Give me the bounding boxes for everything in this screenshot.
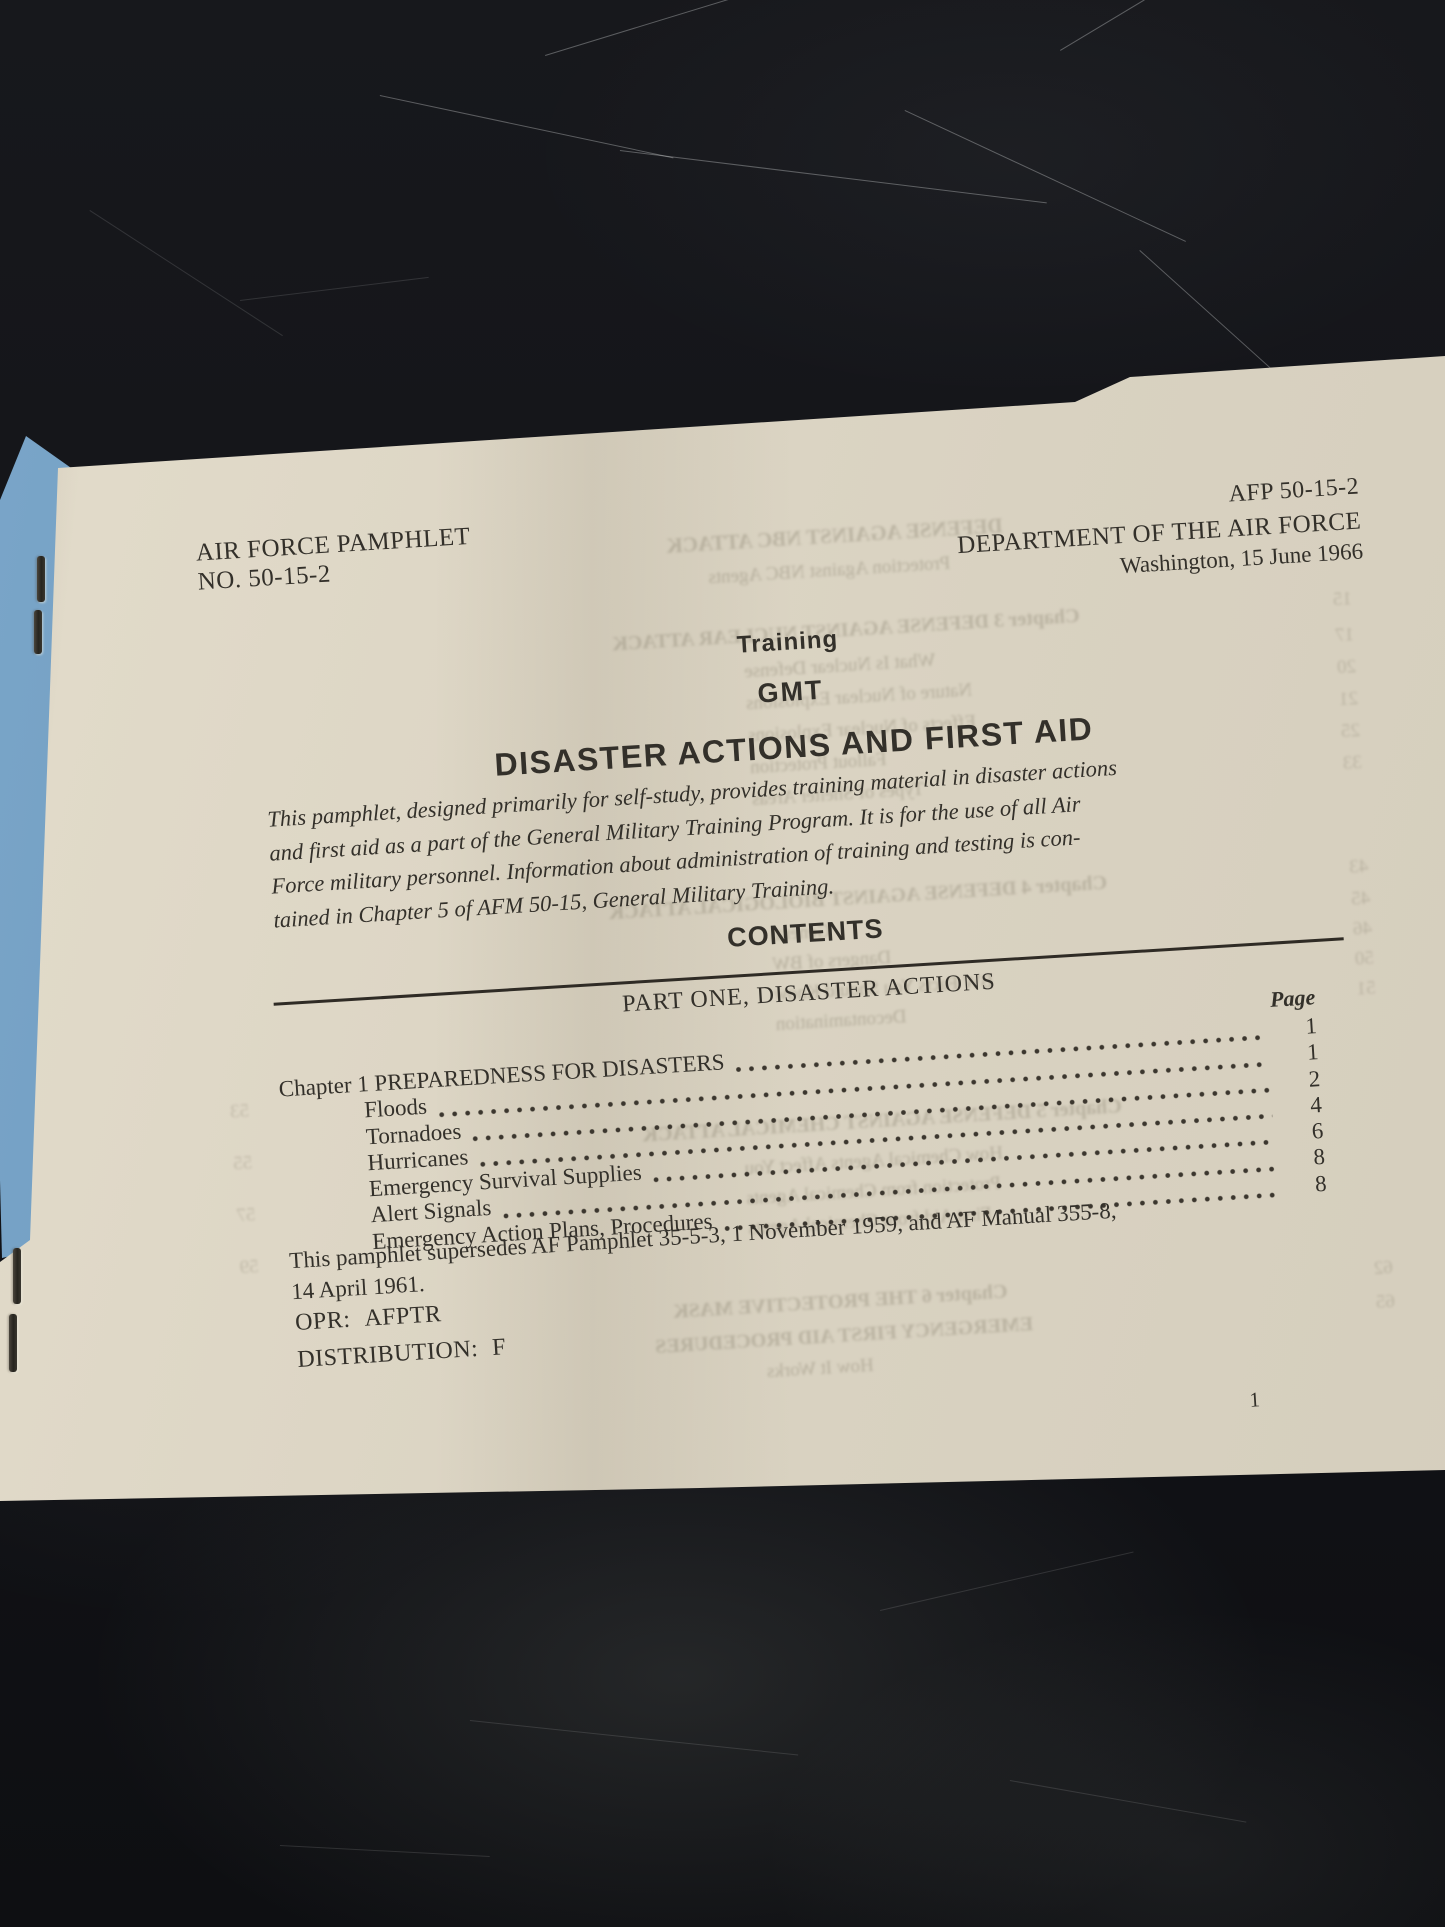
pamphlet-page: DEFENSE AGAINST NBC ATTACKProtection Aga… (0, 0, 1445, 1927)
toc-row-page: 4 (1279, 1092, 1323, 1121)
toc-row-page: 6 (1281, 1118, 1325, 1147)
scratch-mark (240, 277, 429, 301)
toc-row-page: 8 (1284, 1171, 1328, 1200)
bleed-through-page-number: 65 (1375, 1291, 1395, 1314)
bleed-through-page-number: 59 (239, 1256, 259, 1279)
opr-label: OPR: (294, 1307, 351, 1336)
bleed-through-page-number: 62 (1373, 1257, 1393, 1280)
opr-value: AFPTR (364, 1301, 443, 1332)
bleed-through-layer: DEFENSE AGAINST NBC ATTACKProtection Aga… (40, 375, 1437, 460)
distribution-line: DISTRIBUTION:F (297, 1334, 507, 1374)
bleed-through-page-number: 57 (236, 1204, 256, 1227)
bleed-through-page-number: 45 (1351, 888, 1371, 911)
toc-row-page: 1 (1276, 1039, 1320, 1068)
scratch-mark (470, 1720, 798, 1755)
scratch-mark (1010, 1780, 1247, 1823)
scratch-mark (905, 110, 1186, 242)
bleed-through-text: How It Works (766, 1355, 874, 1383)
page-folio: 1 (1229, 1386, 1280, 1414)
bleed-through-page-number: 51 (1356, 977, 1376, 1000)
table-surface: DEFENSE AGAINST NBC ATTACKProtection Aga… (0, 0, 1445, 1927)
toc-row-page: 8 (1282, 1144, 1326, 1173)
scratch-mark (1060, 0, 1241, 51)
bleed-through-page-number: 46 (1352, 918, 1372, 941)
bleed-through-page-number: 43 (1349, 856, 1369, 879)
bleed-through-page-number: 55 (233, 1152, 253, 1175)
bleed-through-page-number: 25 (1340, 720, 1360, 743)
scratch-mark (880, 1552, 1134, 1611)
scratch-mark (380, 95, 674, 158)
toc-row-page: 2 (1277, 1066, 1321, 1095)
bleed-through-page-number: 50 (1354, 948, 1374, 971)
printed-content: DEFENSE AGAINST NBC ATTACKProtection Aga… (40, 375, 1445, 1538)
bleed-through-page-number: 53 (230, 1100, 250, 1123)
toc-row-page: 1 (1274, 1013, 1318, 1042)
bleed-through-page-number: 21 (1338, 688, 1358, 711)
scratch-mark (545, 0, 803, 56)
scratch-mark (620, 150, 1047, 203)
bleed-through-page-number: 20 (1336, 656, 1356, 679)
bleed-through-page-number: 33 (1342, 752, 1362, 775)
scratch-mark (280, 1845, 490, 1857)
distribution-label: DISTRIBUTION: (297, 1336, 479, 1373)
bleed-through-page-number: 15 (1332, 588, 1352, 611)
distribution-value: F (491, 1334, 506, 1361)
bleed-through-page-number: 17 (1335, 624, 1355, 647)
opr-line: OPR:AFPTR (294, 1301, 442, 1337)
scratch-mark (89, 210, 282, 336)
